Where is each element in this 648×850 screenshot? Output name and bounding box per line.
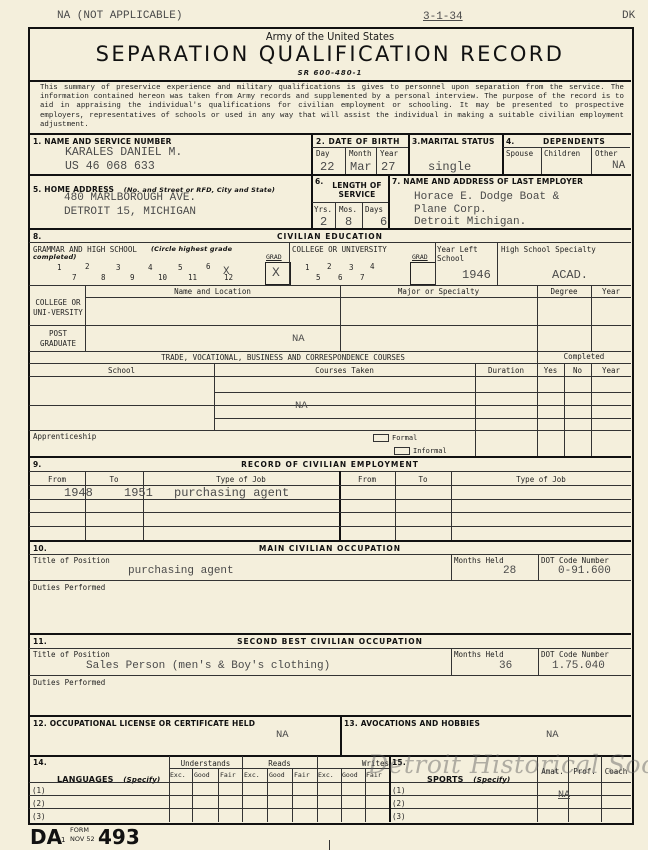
main-position-label: Title of Position [33, 556, 110, 565]
divider [435, 242, 436, 286]
divider [451, 648, 452, 675]
divider [29, 782, 631, 783]
grade-6[interactable]: 6 [206, 262, 211, 271]
service-years-value[interactable]: 2 [320, 215, 327, 229]
divider [538, 554, 539, 580]
divider [388, 175, 390, 229]
divider [29, 80, 631, 82]
informal-checkbox[interactable] [394, 447, 410, 455]
item13-label: 13. AVOCATIONS AND HOBBIES [344, 719, 480, 728]
college-year-4[interactable]: 4 [370, 262, 375, 271]
sport-row-2[interactable]: (2) [392, 799, 406, 808]
divider [541, 147, 542, 174]
divider [29, 499, 631, 500]
divider [345, 147, 346, 174]
divider [502, 134, 504, 175]
divider [29, 405, 631, 406]
divider [214, 392, 631, 393]
hs-specialty-value[interactable]: ACAD. [552, 268, 588, 282]
divider [214, 418, 631, 419]
divider [169, 768, 389, 769]
col-courses-taken: Courses Taken [214, 366, 475, 375]
divider [29, 133, 631, 135]
item14-number: 14. [33, 758, 47, 767]
college-year-2[interactable]: 2 [327, 262, 332, 271]
item6-label: LENGTH OF SERVICE [326, 181, 388, 199]
divider [29, 580, 631, 581]
not-applicable-note: NA (NOT APPLICABLE) [57, 10, 182, 22]
divider [289, 242, 290, 286]
divider [29, 526, 631, 527]
col-from-2: From [339, 475, 395, 484]
college-year-3[interactable]: 3 [349, 263, 354, 272]
item12-label: 12. OCCUPATIONAL LICENSE OR CERTIFICATE … [33, 719, 255, 728]
main-position-value[interactable]: purchasing agent [128, 565, 234, 577]
divider [85, 297, 631, 298]
initials-annotation: DK [622, 10, 635, 22]
divider [29, 554, 631, 555]
college-year-options[interactable]: 1 2 3 4 5 6 7 [295, 262, 395, 286]
dependents-other-value[interactable]: NA [612, 160, 625, 172]
divider [29, 795, 631, 796]
main-months-label: Months Held [454, 556, 504, 565]
form-number: 493 [98, 825, 140, 849]
formal-checkbox[interactable] [373, 434, 389, 442]
language-row-3[interactable]: (3) [32, 812, 46, 821]
divider [29, 540, 631, 542]
watermark: Detroit Historical Society [368, 750, 648, 779]
divider [311, 134, 313, 175]
regulation-number: SR 600-480-1 [30, 69, 630, 77]
col-type-of-job: Type of Job [143, 475, 339, 484]
reads-good: Good [269, 771, 285, 779]
divider [362, 202, 363, 228]
grade-8[interactable]: 8 [101, 273, 106, 282]
college-year-5[interactable]: 5 [316, 273, 321, 282]
form-label: FORM [70, 827, 89, 834]
second-dot-value[interactable]: 1.75.040 [552, 660, 605, 672]
form-da: DA [30, 825, 62, 849]
col-no: No [564, 366, 591, 375]
sport-row-3[interactable]: (3) [392, 812, 406, 821]
divider [29, 808, 631, 809]
grade-12-mark: X [223, 266, 230, 278]
college-grad-label: GRAD [412, 253, 428, 261]
divider [408, 134, 410, 175]
divider [503, 147, 630, 148]
hs-grad-label: GRAD [266, 253, 282, 261]
main-dot-value[interactable]: 0-91.600 [558, 565, 611, 577]
main-dot-label: DOT Code Number [541, 556, 609, 565]
divider [312, 147, 408, 148]
divider [29, 228, 631, 230]
divider [29, 325, 631, 326]
divider [451, 554, 452, 580]
form-date-prefix: 1 [61, 836, 65, 844]
month-label: Month [349, 149, 372, 158]
col-from: From [29, 475, 85, 484]
writes-good: Good [342, 771, 358, 779]
grade-1[interactable]: 1 [57, 263, 62, 272]
employment-to-value[interactable]: 1951 [124, 486, 153, 500]
other-label: Other [595, 149, 618, 158]
service-number-value[interactable]: US 46 068 633 [65, 160, 155, 173]
completed-label: Completed [537, 352, 631, 361]
divider [29, 242, 631, 243]
second-position-label: Title of Position [33, 650, 110, 659]
form-title: SEPARATION QUALIFICATION RECORD [30, 42, 630, 66]
grade-5[interactable]: 5 [178, 263, 183, 272]
trade-courses-title: TRADE, VOCATIONAL, BUSINESS AND CORRESPO… [29, 353, 537, 362]
writes-exc: Exc. [318, 771, 334, 779]
civilian-education-title: CIVILIAN EDUCATION [30, 232, 630, 241]
grammar-school-hint: (Circle highest grade completed) [33, 245, 268, 261]
informal-label: Informal [413, 447, 447, 455]
birth-day-value[interactable]: 22 [320, 160, 334, 174]
grade-circle-options[interactable]: 1 2 3 4 5 6 7 8 9 10 11 12 X [42, 262, 252, 286]
col-yes: Yes [537, 366, 564, 375]
postgrad-row-label: POST GRADUATE [31, 329, 85, 349]
employment-title: RECORD OF CIVILIAN EMPLOYMENT [30, 460, 630, 469]
divider [335, 202, 336, 228]
year-left-label: Year Left School [437, 245, 487, 263]
children-label: Children [544, 149, 580, 158]
service-months-value[interactable]: 8 [345, 215, 352, 229]
item3-label: 3.MARITAL STATUS [412, 137, 495, 146]
grade-2[interactable]: 2 [85, 262, 90, 271]
divider [29, 376, 631, 377]
hs-grad-value: X [272, 265, 280, 280]
second-dot-label: DOT Code Number [541, 650, 609, 659]
college-year-6[interactable]: 6 [338, 273, 343, 282]
language-level-headers: Exc. Good Fair Exc. Good Fair Exc. Good … [169, 771, 389, 780]
divider [538, 648, 539, 675]
hobbies-value[interactable]: NA [546, 729, 559, 741]
divider [29, 471, 631, 472]
main-occupation-title: MAIN CIVILIAN OCCUPATION [30, 544, 630, 553]
employer-line1-value[interactable]: Horace E. Dodge Boat & [414, 191, 559, 203]
col-type-of-job-2: Type of Job [451, 475, 631, 484]
date-annotation: 3-1-34 [423, 11, 463, 23]
college-year-7[interactable]: 7 [360, 273, 365, 282]
divider [29, 485, 631, 486]
reads-fair: Fair [294, 771, 310, 779]
birth-year-value[interactable]: 27 [381, 160, 395, 174]
divider [340, 716, 342, 756]
col-name-location: Name and Location [85, 287, 340, 296]
col-trade-year: Year [591, 366, 631, 375]
item7-label: 7. NAME AND ADDRESS OF LAST EMPLOYER [392, 177, 583, 186]
grade-11[interactable]: 11 [188, 273, 197, 282]
item1-label: 1. NAME AND SERVICE NUMBER [33, 137, 172, 146]
marital-status-value[interactable]: single [428, 160, 471, 174]
divider [29, 363, 631, 364]
main-duties-label: Duties Performed [33, 583, 105, 592]
college-year-1[interactable]: 1 [305, 263, 310, 272]
reads-label: Reads [242, 759, 317, 768]
sports-value[interactable]: NA [558, 790, 570, 801]
second-months-value[interactable]: 36 [499, 660, 512, 672]
col-year: Year [591, 287, 631, 296]
days-label: Days [365, 205, 383, 214]
understands-label: Understands [169, 759, 242, 768]
employment-job-value[interactable]: purchasing agent [174, 486, 289, 500]
language-row-1[interactable]: (1) [32, 786, 46, 795]
grade-3[interactable]: 3 [116, 263, 121, 272]
employer-line3-value[interactable]: Detroit Michigan. [414, 216, 526, 228]
divider [591, 147, 592, 174]
grade-4[interactable]: 4 [148, 263, 153, 272]
year-left-value[interactable]: 1946 [462, 268, 491, 282]
col-to: To [85, 475, 143, 484]
grade-9[interactable]: 9 [130, 273, 135, 282]
college-row-label: COLLEGE OR UNI-VERSITY [31, 298, 85, 318]
second-months-label: Months Held [454, 650, 504, 659]
license-value[interactable]: NA [276, 729, 289, 741]
address-line2-value[interactable]: DETROIT 15, MICHIGAN [64, 206, 196, 218]
second-duties-label: Duties Performed [33, 678, 105, 687]
college-grad-checkbox[interactable] [410, 262, 436, 285]
col-school: School [29, 366, 214, 375]
col-to-2: To [395, 475, 451, 484]
months-label: Mos. [339, 205, 357, 214]
formal-label: Formal [392, 434, 417, 442]
second-position-value[interactable]: Sales Person (men's & Boy's clothing) [86, 660, 330, 672]
reads-exc: Exc. [244, 771, 260, 779]
trade-courses-value[interactable]: NA [295, 400, 308, 412]
divider [29, 285, 631, 286]
years-label: Yrs. [314, 205, 332, 214]
hs-specialty-label: High School Specialty [501, 245, 596, 254]
divider [29, 633, 631, 635]
service-days-value[interactable]: 6 [380, 215, 387, 229]
divider [312, 202, 388, 203]
postgrad-value[interactable]: NA [292, 333, 305, 345]
col-degree: Degree [537, 287, 591, 296]
understands-good: Good [194, 771, 210, 779]
apprenticeship-label: Apprenticeship [33, 432, 96, 441]
college-label: COLLEGE OR UNIVERSITY [292, 245, 387, 254]
summary-paragraph: This summary of preservice experience an… [40, 84, 624, 130]
birth-month-value[interactable]: Mar [350, 160, 372, 174]
grade-10[interactable]: 10 [158, 273, 167, 282]
divider [29, 675, 631, 676]
employment-from-value[interactable]: 1948 [64, 486, 93, 500]
fold-mark [329, 840, 330, 850]
name-value[interactable]: KARALES DANIEL M. [65, 146, 182, 159]
divider [29, 648, 631, 649]
grade-7[interactable]: 7 [72, 273, 77, 282]
divider [29, 715, 631, 717]
divider [29, 512, 631, 513]
main-months-value[interactable]: 28 [503, 565, 516, 577]
day-label: Day [316, 149, 330, 158]
form-date: NOV 52 [70, 835, 95, 843]
col-major: Major or Specialty [340, 287, 537, 296]
col-duration: Duration [475, 366, 537, 375]
second-occupation-title: SECOND BEST CIVILIAN OCCUPATION [30, 637, 630, 646]
employer-line2-value[interactable]: Plane Corp. [414, 204, 487, 216]
item4-number: 4. [506, 137, 514, 146]
divider [29, 430, 631, 431]
spouse-label: Spouse [506, 149, 533, 158]
address-line1-value[interactable]: 480 MARLBOROUGH AVE. [64, 192, 196, 204]
languages-label-group: LANGUAGES (Specify) [57, 767, 160, 786]
understands-fair: Fair [220, 771, 236, 779]
understands-exc: Exc. [170, 771, 186, 779]
divider [376, 147, 377, 174]
item4-label: DEPENDENTS [543, 137, 605, 146]
divider [29, 456, 631, 458]
sport-row-1[interactable]: (1) [392, 786, 406, 795]
year-label: Year [380, 149, 398, 158]
item6-number: 6. [315, 177, 323, 186]
divider [29, 174, 631, 176]
language-row-2[interactable]: (2) [32, 799, 46, 808]
divider [497, 242, 498, 286]
item2-label: 2. DATE OF BIRTH [316, 137, 400, 146]
